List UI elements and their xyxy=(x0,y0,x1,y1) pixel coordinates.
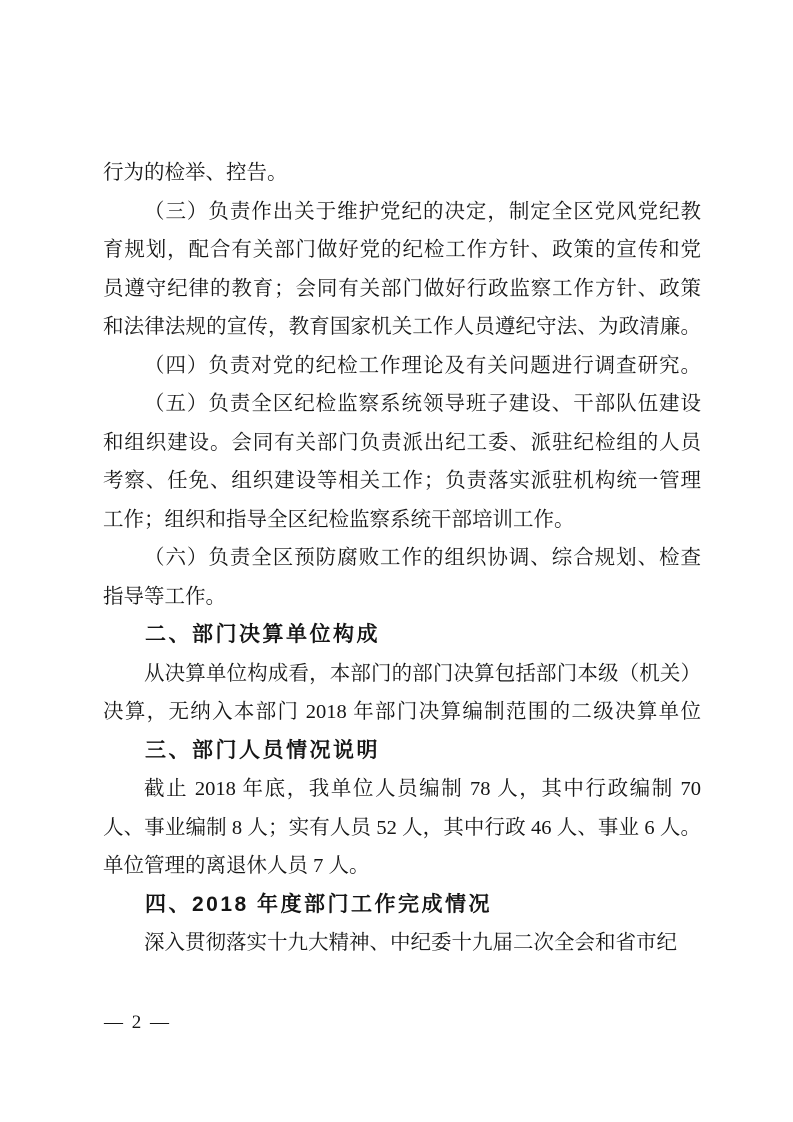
text-line: 深入贯彻落实十九大精神、中纪委十九届二次全会和省市纪 xyxy=(103,924,701,963)
text-line: 二、部门决算单位构成 xyxy=(103,616,701,655)
text-line: 四、2018 年度部门工作完成情况 xyxy=(103,886,701,925)
text-line: 截止 2018 年底，我单位人员编制 78 人，其中行政编制 70 xyxy=(103,770,701,809)
section-heading-2: 二、部门决算单位构成 xyxy=(103,616,701,655)
paragraph-duty-4: （四）负责对党的纪检工作理论及有关问题进行调查研究。 xyxy=(103,347,701,386)
text-line: 工作；组织和指导全区纪检监察系统干部培训工作。 xyxy=(103,501,701,540)
section-heading-3: 三、部门人员情况说明 xyxy=(103,732,701,771)
text-line: 行为的检举、控告。 xyxy=(103,154,701,193)
text-line: （三）负责作出关于维护党纪的决定，制定全区党风党纪教 xyxy=(103,193,701,232)
text-line: 单位管理的离退休人员 7 人。 xyxy=(103,847,701,886)
paragraph-continuation: 行为的检举、控告。 xyxy=(103,154,701,193)
paragraph-work-completion: 深入贯彻落实十九大精神、中纪委十九届二次全会和省市纪 xyxy=(103,924,701,963)
text-line: 指导等工作。 xyxy=(103,578,701,617)
text-line: 员遵守纪律的教育；会同有关部门做好行政监察工作方针、政策 xyxy=(103,270,701,309)
text-line: （六）负责全区预防腐败工作的组织协调、综合规划、检查 xyxy=(103,539,701,578)
text-line: 三、部门人员情况说明 xyxy=(103,732,701,771)
paragraph-unit-composition: 从决算单位构成看，本部门的部门决算包括部门本级（机关）决算，无纳入本部门 201… xyxy=(103,655,701,732)
document-page: 行为的检举、控告。 （三）负责作出关于维护党纪的决定，制定全区党风党纪教育规划，… xyxy=(0,0,793,1122)
paragraph-duty-5: （五）负责全区纪检监察系统领导班子建设、干部队伍建设和组织建设。会同有关部门负责… xyxy=(103,385,701,539)
text-line: 和组织建设。会同有关部门负责派出纪工委、派驻纪检组的人员 xyxy=(103,424,701,463)
text-line: 从决算单位构成看，本部门的部门决算包括部门本级（机关） xyxy=(103,655,701,694)
document-body: 行为的检举、控告。 （三）负责作出关于维护党纪的决定，制定全区党风党纪教育规划，… xyxy=(103,154,701,963)
text-line: （四）负责对党的纪检工作理论及有关问题进行调查研究。 xyxy=(103,347,701,386)
page-number: — 2 — xyxy=(104,1012,171,1034)
text-line: 和法律法规的宣传，教育国家机关工作人员遵纪守法、为政清廉。 xyxy=(103,308,701,347)
text-line: 决算，无纳入本部门 2018 年部门决算编制范围的二级决算单位 xyxy=(103,693,701,732)
paragraph-personnel: 截止 2018 年底，我单位人员编制 78 人，其中行政编制 70人、事业编制 … xyxy=(103,770,701,886)
text-line: （五）负责全区纪检监察系统领导班子建设、干部队伍建设 xyxy=(103,385,701,424)
section-heading-4: 四、2018 年度部门工作完成情况 xyxy=(103,886,701,925)
paragraph-duty-3: （三）负责作出关于维护党纪的决定，制定全区党风党纪教育规划，配合有关部门做好党的… xyxy=(103,193,701,347)
text-line: 考察、任免、组织建设等相关工作；负责落实派驻机构统一管理 xyxy=(103,462,701,501)
paragraph-duty-6: （六）负责全区预防腐败工作的组织协调、综合规划、检查指导等工作。 xyxy=(103,539,701,616)
text-line: 人、事业编制 8 人；实有人员 52 人，其中行政 46 人、事业 6 人。 xyxy=(103,809,701,848)
text-line: 育规划，配合有关部门做好党的纪检工作方针、政策的宣传和党 xyxy=(103,231,701,270)
